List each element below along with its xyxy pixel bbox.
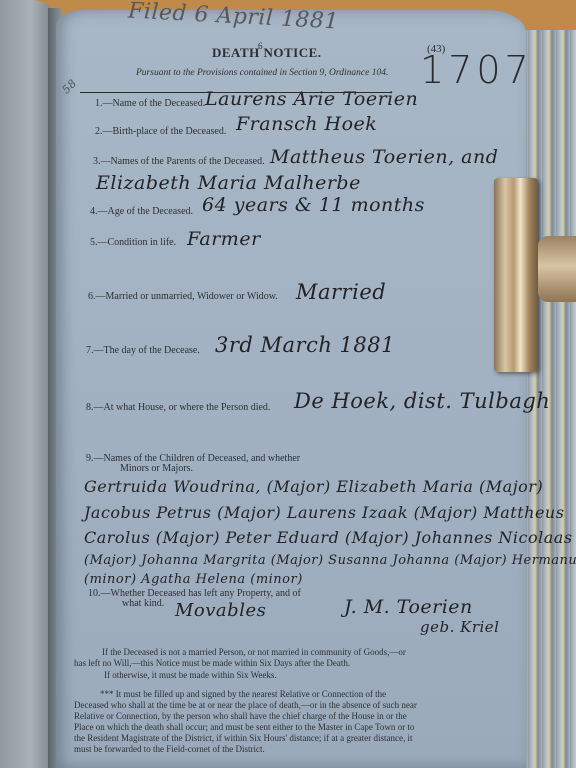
children-line: Jacobus Petrus (Major) Laurens Izaak (Ma…	[84, 503, 564, 522]
children-line: Gertruida Woudrina, (Major) Elizabeth Ma…	[84, 477, 543, 496]
field-label-property-line2: what kind.	[122, 598, 164, 609]
field-label-condition: 5.—Condition in life.	[90, 237, 176, 248]
instructions-para2-line: must be forwarded to the Field-cornet of…	[74, 744, 265, 754]
field-label-property: 10.—Whether Deceased has left any Proper…	[88, 588, 301, 599]
instructions-para2-line: Place on which the death shall occur; an…	[74, 722, 414, 732]
field-label-age: 4.—Age of the Deceased.	[90, 206, 193, 217]
field-label-marital: 6.—Married or unmarried, Widower or Wido…	[88, 291, 278, 302]
field-value-property: Movables	[175, 600, 266, 621]
instructions-para2-line: Deceased who shall at the time be at or …	[74, 700, 417, 710]
document-title: DEATH NOTICE.	[212, 45, 322, 61]
instructions-para2-line: the Resident Magistrate of the District,…	[74, 733, 413, 743]
field-value-birthplace: Fransch Hoek	[236, 113, 377, 135]
instructions-para2-line: *** It must be filled up and signed by t…	[100, 689, 386, 699]
children-line: (Major) Johanna Margrita (Major) Susanna…	[84, 553, 576, 568]
field-value-condition: Farmer	[187, 228, 261, 250]
field-label-place: 8.—At what House, or where the Person di…	[86, 402, 270, 413]
field-value-name: Laurens Arie Toerien	[205, 88, 418, 110]
binder-clip	[494, 178, 538, 372]
instructions-para1-line2: has left no Will,—this Notice must be ma…	[74, 658, 350, 668]
field-value-age: 64 years & 11 months	[202, 194, 425, 216]
binder-clip-arm	[538, 236, 576, 302]
left-facing-page	[0, 0, 52, 768]
field-label-name: 1.—Name of the Deceased.	[95, 98, 205, 109]
field-label-birthplace: 2.—Birth-place of the Deceased.	[95, 126, 226, 137]
signature-maiden: geb. Kriel	[420, 618, 499, 636]
field-value-parents: Mattheus Toerien, and	[270, 146, 498, 168]
instructions-para1-line1: If the Deceased is not a married Person,…	[102, 647, 406, 657]
field-label-children-line2: Minors or Majors.	[120, 463, 193, 474]
field-label-date: 7.—The day of the Decease.	[86, 345, 200, 356]
instructions-para2-line: Relative or Connection, by the person wh…	[74, 711, 407, 721]
field-label-parents: 3.—Names of the Parents of the Deceased.	[93, 156, 265, 167]
children-line: Carolus (Major) Peter Eduard (Major) Joh…	[84, 528, 573, 547]
file-number: 1707	[420, 48, 533, 92]
instructions-para1-line3: If otherwise, it must be made within Six…	[104, 670, 277, 680]
signature-name: J. M. Toerien	[344, 596, 473, 618]
field-value-date: 3rd March 1881	[215, 333, 395, 357]
field-value-marital: Married	[296, 280, 386, 304]
field-value-parents-line2: Elizabeth Maria Malherbe	[96, 172, 361, 194]
children-line: (minor) Agatha Helena (minor)	[84, 572, 303, 587]
field-value-place: De Hoek, dist. Tulbagh	[294, 389, 550, 413]
document-subtitle: Pursuant to the Provisions contained in …	[136, 68, 388, 78]
